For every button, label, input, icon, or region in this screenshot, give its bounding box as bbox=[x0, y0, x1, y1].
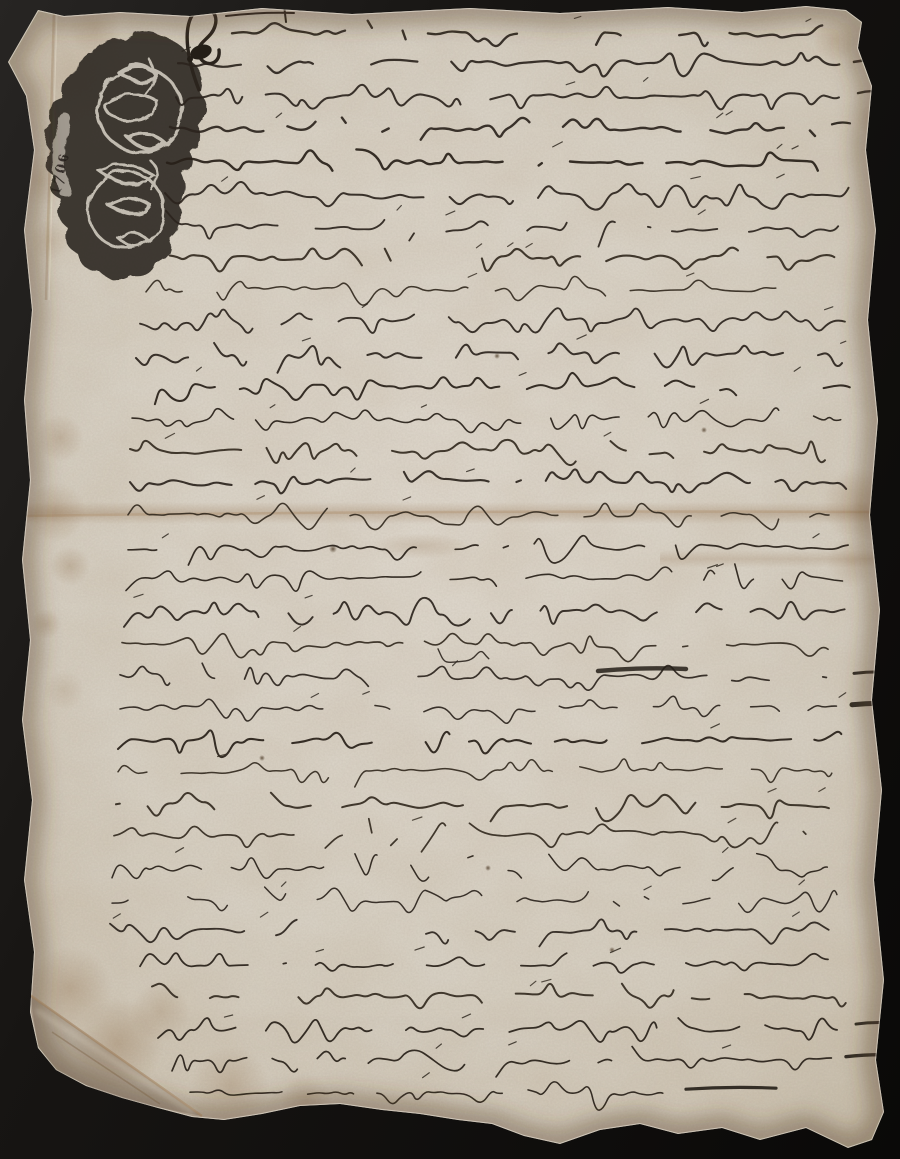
strikethrough-stroke bbox=[598, 668, 686, 671]
scan-image: 1706 bbox=[0, 0, 900, 1159]
line-end-dash bbox=[686, 1087, 776, 1089]
manuscript-scan: 1706 bbox=[0, 0, 900, 1159]
ink-blot-drop bbox=[187, 56, 193, 62]
